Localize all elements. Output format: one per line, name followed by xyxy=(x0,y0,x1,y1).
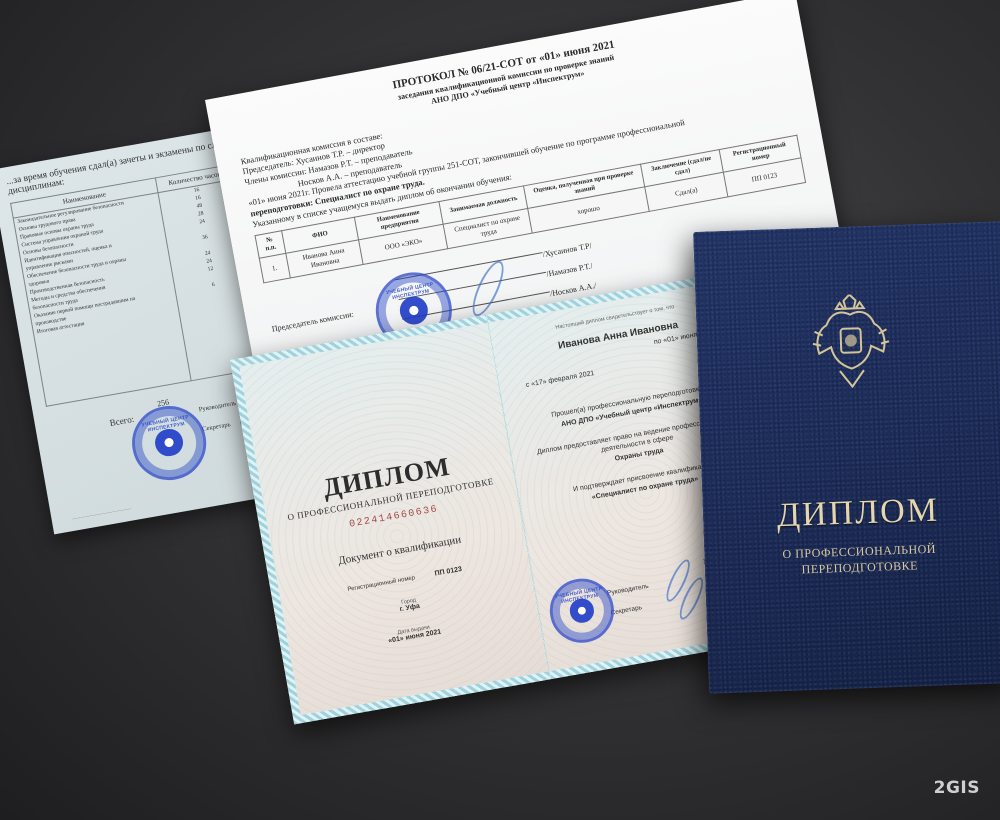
sign-label: Руководитель xyxy=(198,399,236,412)
coat-of-arms-icon xyxy=(807,293,894,392)
footer-note: ――――――――――――――― xyxy=(71,506,131,521)
signature-icon xyxy=(467,257,510,320)
cover-title: ДИПЛОМ xyxy=(702,489,1000,538)
diploma-cover: ДИПЛОМ О ПРОФЕССИОНАЛЬНОЙ ПЕРЕПОДГОТОВКЕ xyxy=(693,221,1000,694)
sign-label: Секретарь xyxy=(202,421,231,433)
stamp-icon: УЧЕБНЫЙ ЦЕНТР ИНСПЕКТРУМ xyxy=(545,574,619,648)
cover-subtitle: О ПРОФЕССИОНАЛЬНОЙ ПЕРЕПОДГОТОВКЕ xyxy=(704,539,1000,581)
chair-label: Председатель комиссии: xyxy=(271,309,354,334)
watermark-logo: 2GIS xyxy=(934,778,980,798)
